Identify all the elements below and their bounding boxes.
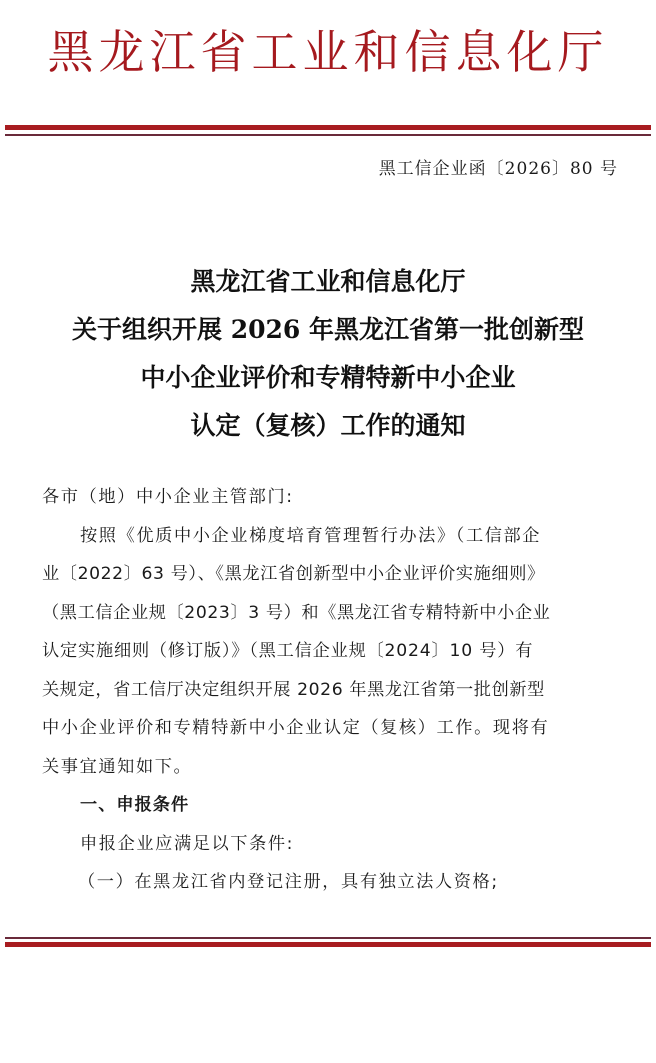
paragraph-line: 中小企业评价和专精特新中小企业认定（复核）工作。现将有 — [42, 709, 620, 748]
paragraph-line: 关事宜通知如下。 — [42, 748, 620, 787]
title-line: 黑龙江省工业和信息化厅 — [0, 258, 656, 306]
section-intro: 申报企业应满足以下条件: — [42, 825, 620, 864]
salutation: 各市（地）中小企业主管部门: — [42, 478, 620, 517]
document-body: 各市（地）中小企业主管部门: 按照《优质中小企业梯度培育管理暂行办法》（工信部企… — [42, 478, 620, 902]
footer-rule-thin — [5, 937, 651, 939]
section-heading: 一、申报条件 — [42, 786, 620, 825]
title-line: 认定（复核）工作的通知 — [0, 402, 656, 450]
paragraph-line: 业〔2022〕63 号）、《黑龙江省创新型中小企业评价实施细则》 — [42, 555, 620, 594]
paragraph-line: 关规定，省工信厅决定组织开展 2026 年黑龙江省第一批创新型 — [42, 671, 620, 710]
footer-rule-thick — [5, 942, 651, 947]
document-title: 黑龙江省工业和信息化厅 关于组织开展 2026 年黑龙江省第一批创新型 中小企业… — [0, 258, 656, 450]
masthead-rule-thick — [5, 125, 651, 130]
masthead-rule-thin — [5, 134, 651, 136]
condition-item: （一）在黑龙江省内登记注册，具有独立法人资格; — [42, 863, 620, 902]
masthead-organization-name: 黑龙江省工业和信息化厅 — [0, 22, 656, 82]
title-line: 中小企业评价和专精特新中小企业 — [0, 354, 656, 402]
title-line: 关于组织开展 2026 年黑龙江省第一批创新型 — [0, 306, 656, 354]
paragraph-line: （黑工信企业规〔2023〕3 号）和《黑龙江省专精特新中小企业 — [42, 594, 620, 633]
paragraph-line: 按照《优质中小企业梯度培育管理暂行办法》（工信部企 — [42, 517, 620, 556]
document-number: 黑工信企业函〔2026〕80 号 — [379, 154, 618, 179]
paragraph-line: 认定实施细则（修订版）》（黑工信企业规〔2024〕10 号）有 — [42, 632, 620, 671]
